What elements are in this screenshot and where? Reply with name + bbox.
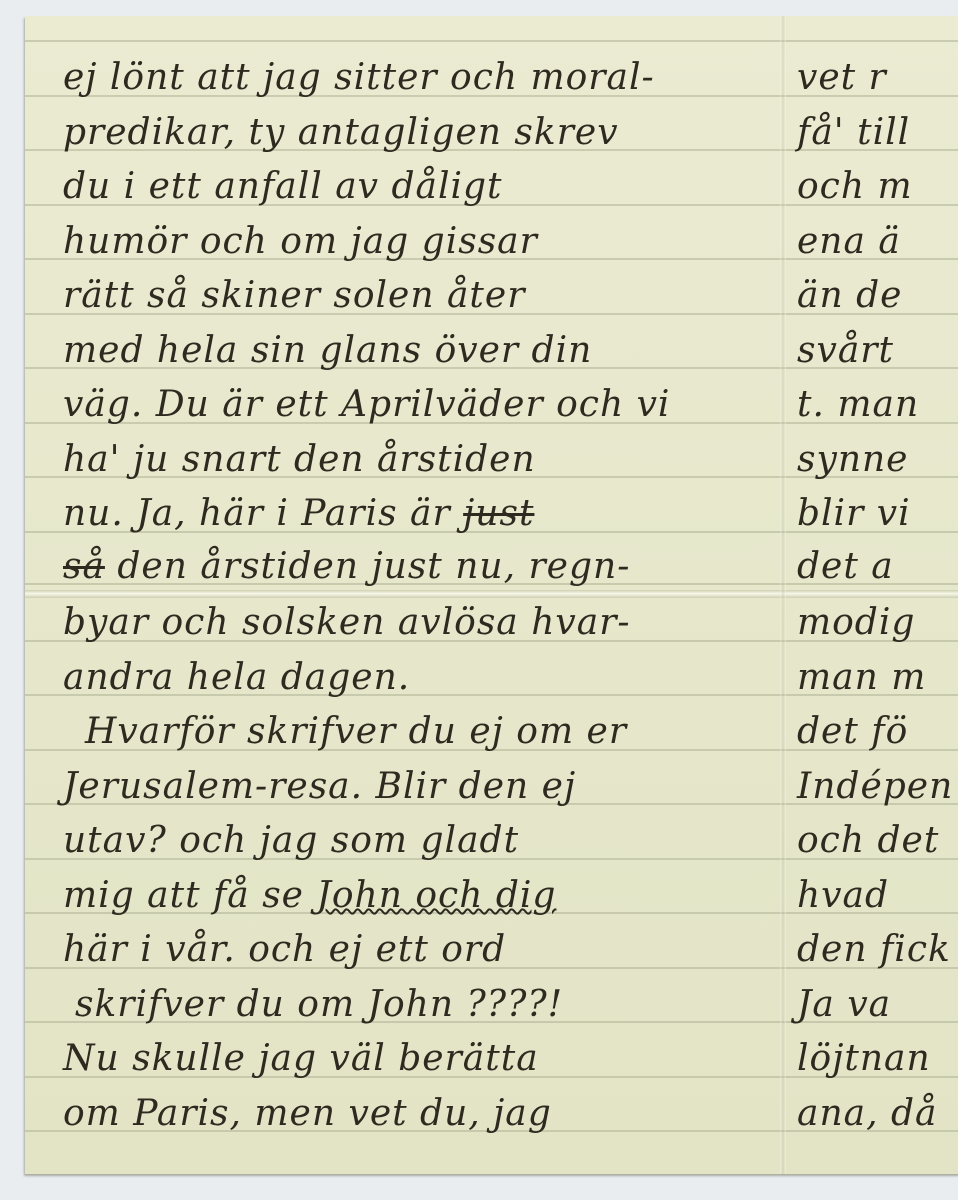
- text-line: väg. Du är ett Aprilväder och vi: [63, 387, 670, 423]
- text-line: med hela sin glans över din: [63, 333, 592, 369]
- vertical-fold: [780, 16, 786, 1174]
- text-line: byar och solsken avlösa hvar-: [63, 605, 631, 641]
- text-line: Indépen: [797, 769, 953, 805]
- horizontal-fold: [25, 590, 958, 598]
- text-line: hvad: [797, 878, 889, 914]
- text-line: ha' ju snart den årstiden: [63, 442, 536, 478]
- text-line: humör och om jag gissar: [63, 224, 538, 260]
- text-line: mig att få se John och dig: [63, 878, 556, 914]
- text-line: modig: [797, 605, 915, 641]
- text-line: skrifver du om John ????!: [75, 987, 563, 1023]
- text-line: andra hela dagen.: [63, 660, 410, 696]
- text-line: blir vi: [797, 496, 911, 532]
- struck-word: så: [63, 546, 105, 587]
- text-line: än de: [797, 278, 902, 314]
- text-line: du i ett anfall av dåligt: [63, 169, 503, 205]
- struck-word: just: [463, 493, 534, 534]
- text-line: t. man: [797, 387, 919, 423]
- text-line: om Paris, men vet du, jag: [63, 1096, 552, 1132]
- letter-page: ej lönt att jag sitter och moral- predik…: [25, 16, 958, 1174]
- text-line: nu. Ja, här i Paris är just: [63, 496, 534, 532]
- text-line: vet r: [797, 60, 887, 96]
- text-line: Jerusalem-resa. Blir den ej: [63, 769, 576, 805]
- text-line: ana, då: [797, 1096, 938, 1132]
- text-line: så den årstiden just nu, regn-: [63, 549, 630, 585]
- underlined-phrase: John och dig: [316, 875, 556, 916]
- text-line: det fö: [797, 714, 908, 750]
- ruled-line: [25, 40, 958, 42]
- text-line: predikar, ty antagligen skrev: [63, 115, 619, 151]
- text-line: utav? och jag som gladt: [63, 823, 519, 859]
- text-line: Ja va: [797, 987, 891, 1023]
- text-line: den fick: [797, 932, 951, 968]
- text-line: här i vår. och ej ett ord: [63, 932, 506, 968]
- text-line: och m: [797, 169, 913, 205]
- text-line: ej lönt att jag sitter och moral-: [63, 60, 655, 96]
- text-line: det a: [797, 549, 894, 585]
- text-line: och det: [797, 823, 939, 859]
- text-line: Hvarför skrifver du ej om er: [85, 714, 627, 750]
- text-line: Nu skulle jag väl berätta: [63, 1041, 539, 1077]
- text-line: rätt så skiner solen åter: [63, 278, 525, 314]
- text-line: man m: [797, 660, 926, 696]
- text-line: svårt: [797, 333, 894, 369]
- text-line: ena ä: [797, 224, 901, 260]
- text-line: löjtnan: [797, 1041, 931, 1077]
- text-line: få' till: [797, 115, 910, 151]
- text-line: synne: [797, 442, 909, 478]
